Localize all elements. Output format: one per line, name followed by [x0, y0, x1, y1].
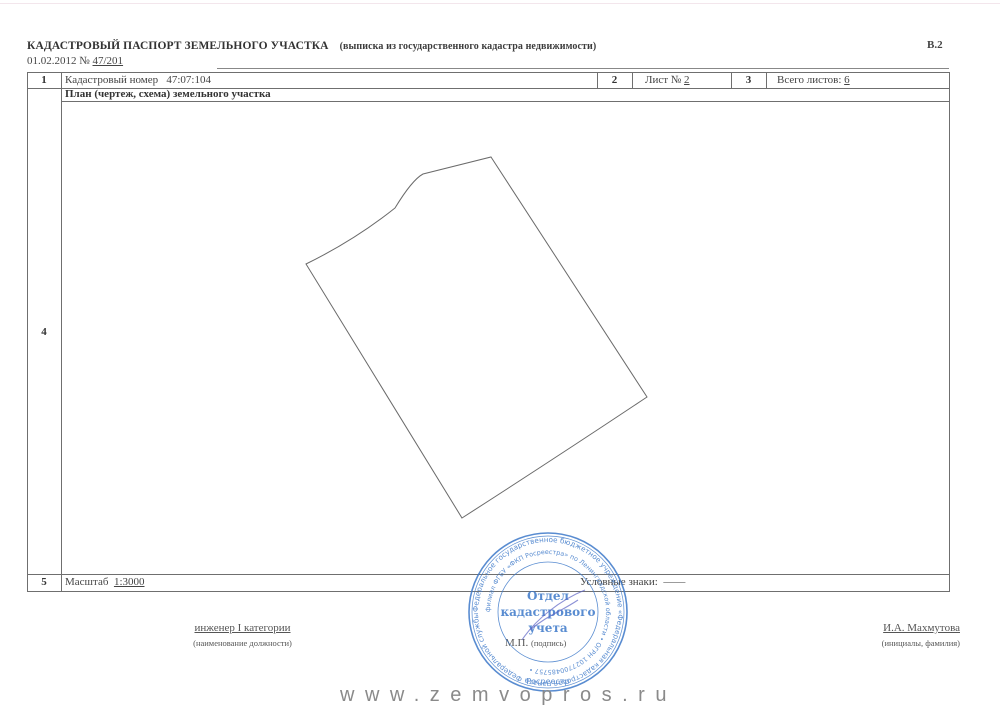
watermark-url: www.zemvopros.ru: [340, 684, 677, 707]
official-stamp: Федеральное государственное бюджетное уч…: [0, 0, 1000, 728]
svg-text:Федеральное государственное бю: Федеральное государственное бюджетное уч…: [0, 0, 625, 689]
svg-text:учета: учета: [528, 621, 568, 635]
